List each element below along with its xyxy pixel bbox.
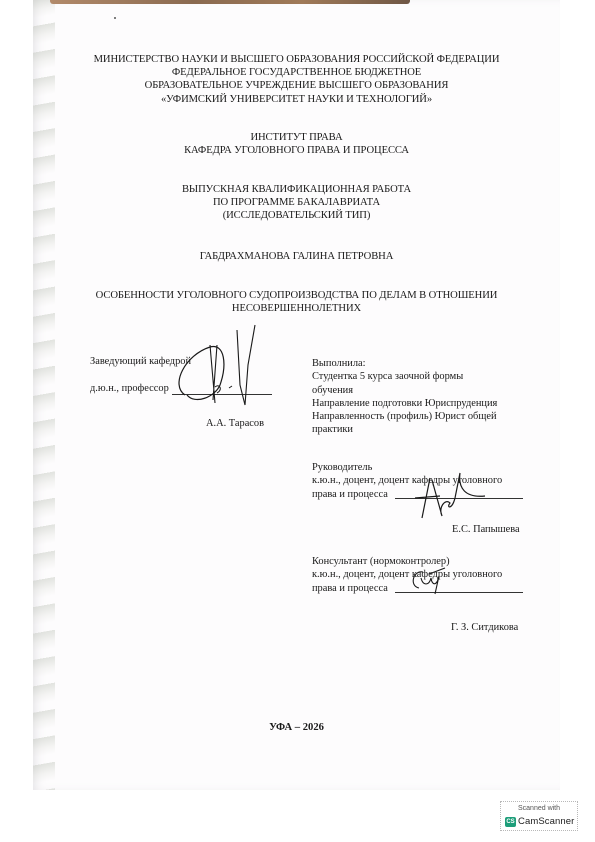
- head-degree: д.ю.н., профессор: [90, 382, 169, 395]
- performer-block: Выполнила: Студентка 5 курса заочной фор…: [312, 357, 497, 437]
- title-line: ОСОБЕННОСТИ УГОЛОВНОГО СУДОПРОИЗВОДСТВА …: [33, 289, 560, 302]
- thesis-title: ОСОБЕННОСТИ УГОЛОВНОГО СУДОПРОИЗВОДСТВА …: [33, 289, 560, 315]
- camscanner-watermark: Scanned with CS CamScanner: [500, 801, 578, 831]
- scan-speck: [114, 17, 116, 19]
- header-line: ОБРАЗОВАТЕЛЬНОЕ УЧРЕЖДЕНИЕ ВЫСШЕГО ОБРАЗ…: [33, 79, 560, 92]
- head-signature: [165, 325, 275, 410]
- work-type-block: ВЫПУСКНАЯ КВАЛИФИКАЦИОННАЯ РАБОТА ПО ПРО…: [33, 183, 560, 223]
- camscanner-logo-icon: CS: [505, 817, 516, 827]
- supervisor-signature: [410, 468, 490, 528]
- performer-line: Направление подготовки Юриспруденция: [312, 397, 497, 410]
- consultant-name: Г. З. Ситдикова: [451, 621, 518, 634]
- performer-line: практики: [312, 423, 497, 436]
- performer-line: обучения: [312, 384, 497, 397]
- camscanner-name: CamScanner: [518, 816, 574, 827]
- ministry-header: МИНИСТЕРСТВО НАУКИ И ВЫСШЕГО ОБРАЗОВАНИЯ…: [33, 53, 560, 106]
- performer-line: Студентка 5 курса заочной формы: [312, 370, 497, 383]
- institute-name: ИНСТИТУТ ПРАВА: [33, 131, 560, 144]
- city-year: УФА – 2026: [33, 722, 560, 733]
- scan-top-edge: [50, 0, 410, 4]
- page-binding-shadow: [33, 0, 55, 790]
- department-name: КАФЕДРА УГОЛОВНОГО ПРАВА И ПРОЦЕССА: [33, 144, 560, 157]
- work-type-line: ПО ПРОГРАММЕ БАКАЛАВРИАТА: [33, 196, 560, 209]
- institute-block: ИНСТИТУТ ПРАВА КАФЕДРА УГОЛОВНОГО ПРАВА …: [33, 131, 560, 157]
- consultant-signature: [405, 562, 450, 597]
- header-line: МИНИСТЕРСТВО НАУКИ И ВЫСШЕГО ОБРАЗОВАНИЯ…: [33, 53, 560, 66]
- author-name: ГАБДРАХМАНОВА ГАЛИНА ПЕТРОВНА: [33, 250, 560, 263]
- work-type-line: ВЫПУСКНАЯ КВАЛИФИКАЦИОННАЯ РАБОТА: [33, 183, 560, 196]
- work-type-line: (ИССЛЕДОВАТЕЛЬСКИЙ ТИП): [33, 209, 560, 222]
- title-line: НЕСОВЕРШЕННОЛЕТНИХ: [33, 302, 560, 315]
- performer-line: Выполнила:: [312, 357, 497, 370]
- camscanner-brand: CS CamScanner: [505, 816, 574, 827]
- performer-line: Направленность (профиль) Юрист общей: [312, 410, 497, 423]
- head-name: А.А. Тарасов: [206, 417, 264, 430]
- author-name-text: ГАБДРАХМАНОВА ГАЛИНА ПЕТРОВНА: [33, 250, 560, 263]
- header-line: «УФИМСКИЙ УНИВЕРСИТЕТ НАУКИ И ТЕХНОЛОГИЙ…: [33, 93, 560, 106]
- scanned-with-label: Scanned with: [501, 805, 577, 812]
- header-line: ФЕДЕРАЛЬНОЕ ГОСУДАРСТВЕННОЕ БЮДЖЕТНОЕ: [33, 66, 560, 79]
